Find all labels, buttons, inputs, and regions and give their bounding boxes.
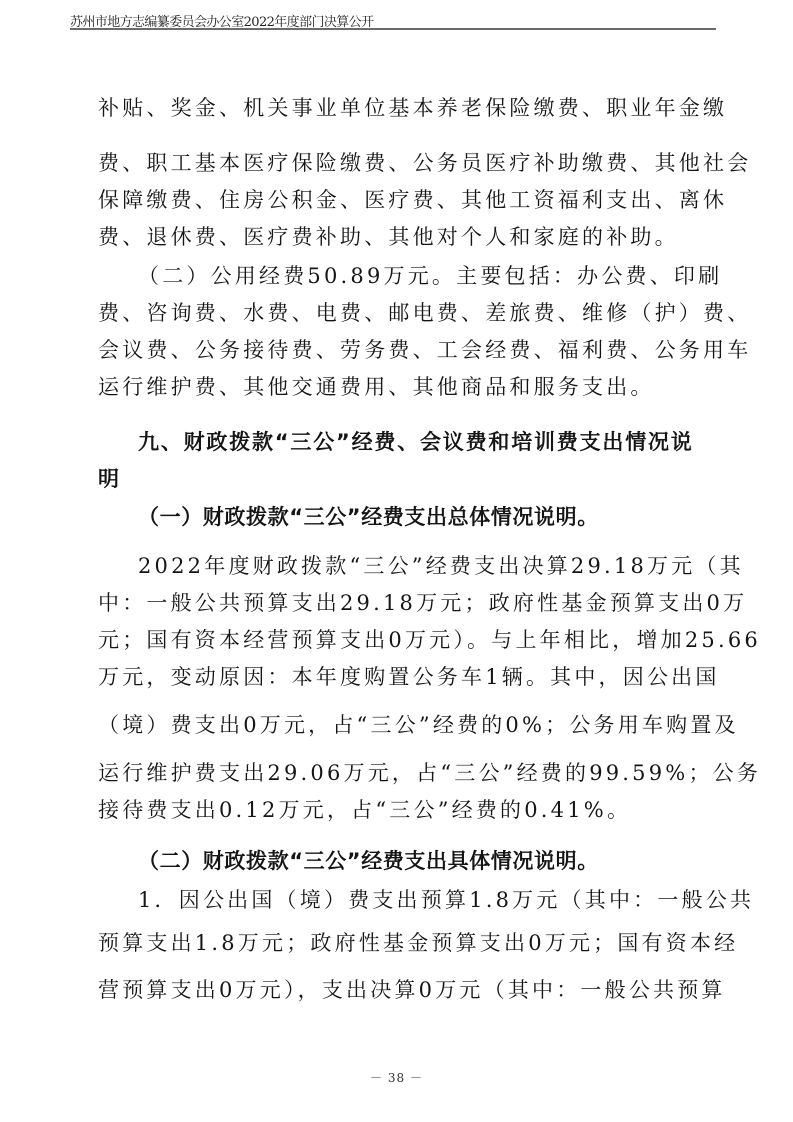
body-text-line: 接待费支出0.12万元，占“三公”经费的0.41%。	[98, 797, 698, 823]
body-text-line: 1．因公出国（境）费支出预算1.8万元（其中：一般公共	[138, 887, 738, 913]
body-text-line: 运行维护费、其他交通费用、其他商品和服务支出。	[98, 374, 698, 400]
body-text-line: 运行维护费支出29.06万元，占“三公”经费的99.59%；公务	[98, 760, 698, 786]
body-text-line: 费、咨询费、水费、电费、邮电费、差旅费、维修（护）费、	[98, 300, 698, 326]
body-text-line: 会议费、公务接待费、劳务费、工会经费、福利费、公务用车	[98, 337, 698, 363]
header-divider	[70, 28, 716, 30]
body-text-line: 费、职工基本医疗保险缴费、公务员医疗补助缴费、其他社会	[98, 150, 698, 176]
body-text-line: 元；国有资本经营预算支出0万元）。与上年相比，增加25.66	[98, 627, 698, 653]
body-text-line: 万元，变动原因：本年度购置公务车1辆。其中，因公出国	[98, 664, 698, 690]
body-text-line: 补贴、奖金、机关事业单位基本养老保险缴费、职业年金缴	[98, 95, 698, 121]
page-number: － 38 －	[0, 1069, 793, 1086]
section-heading-nine-cont: 明	[98, 466, 698, 492]
page-header: 苏州市地方志编纂委员会办公室2022年度部门决算公开	[70, 10, 716, 30]
body-text-line: 中：一般公共预算支出29.18万元；政府性基金预算支出0万	[98, 590, 698, 616]
body-text-line: 2022年度财政拨款“三公”经费支出决算29.18万元（其	[138, 553, 738, 579]
subsection-heading-two: （二）财政拨款“三公”经费支出具体情况说明。	[138, 848, 738, 874]
section-item-public-expenses: （二）公用经费50.89万元。主要包括：办公费、印刷	[138, 263, 738, 289]
body-text-line: 营预算支出0万元），支出决算0万元（其中：一般公共预算	[98, 977, 698, 1003]
body-text-line: 保障缴费、住房公积金、医疗费、其他工资福利支出、离休	[98, 187, 698, 213]
body-text-line: （境）费支出0万元，占“三公”经费的0%；公务用车购置及	[98, 712, 698, 738]
body-text-line: 预算支出1.8万元；政府性基金预算支出0万元；国有资本经	[98, 930, 698, 956]
body-text-line: 费、退休费、医疗费补助、其他对个人和家庭的补助。	[98, 224, 698, 250]
section-heading-nine: 九、财政拨款“三公”经费、会议费和培训费支出情况说	[138, 429, 738, 455]
subsection-heading-one: （一）财政拨款“三公”经费支出总体情况说明。	[138, 504, 738, 530]
